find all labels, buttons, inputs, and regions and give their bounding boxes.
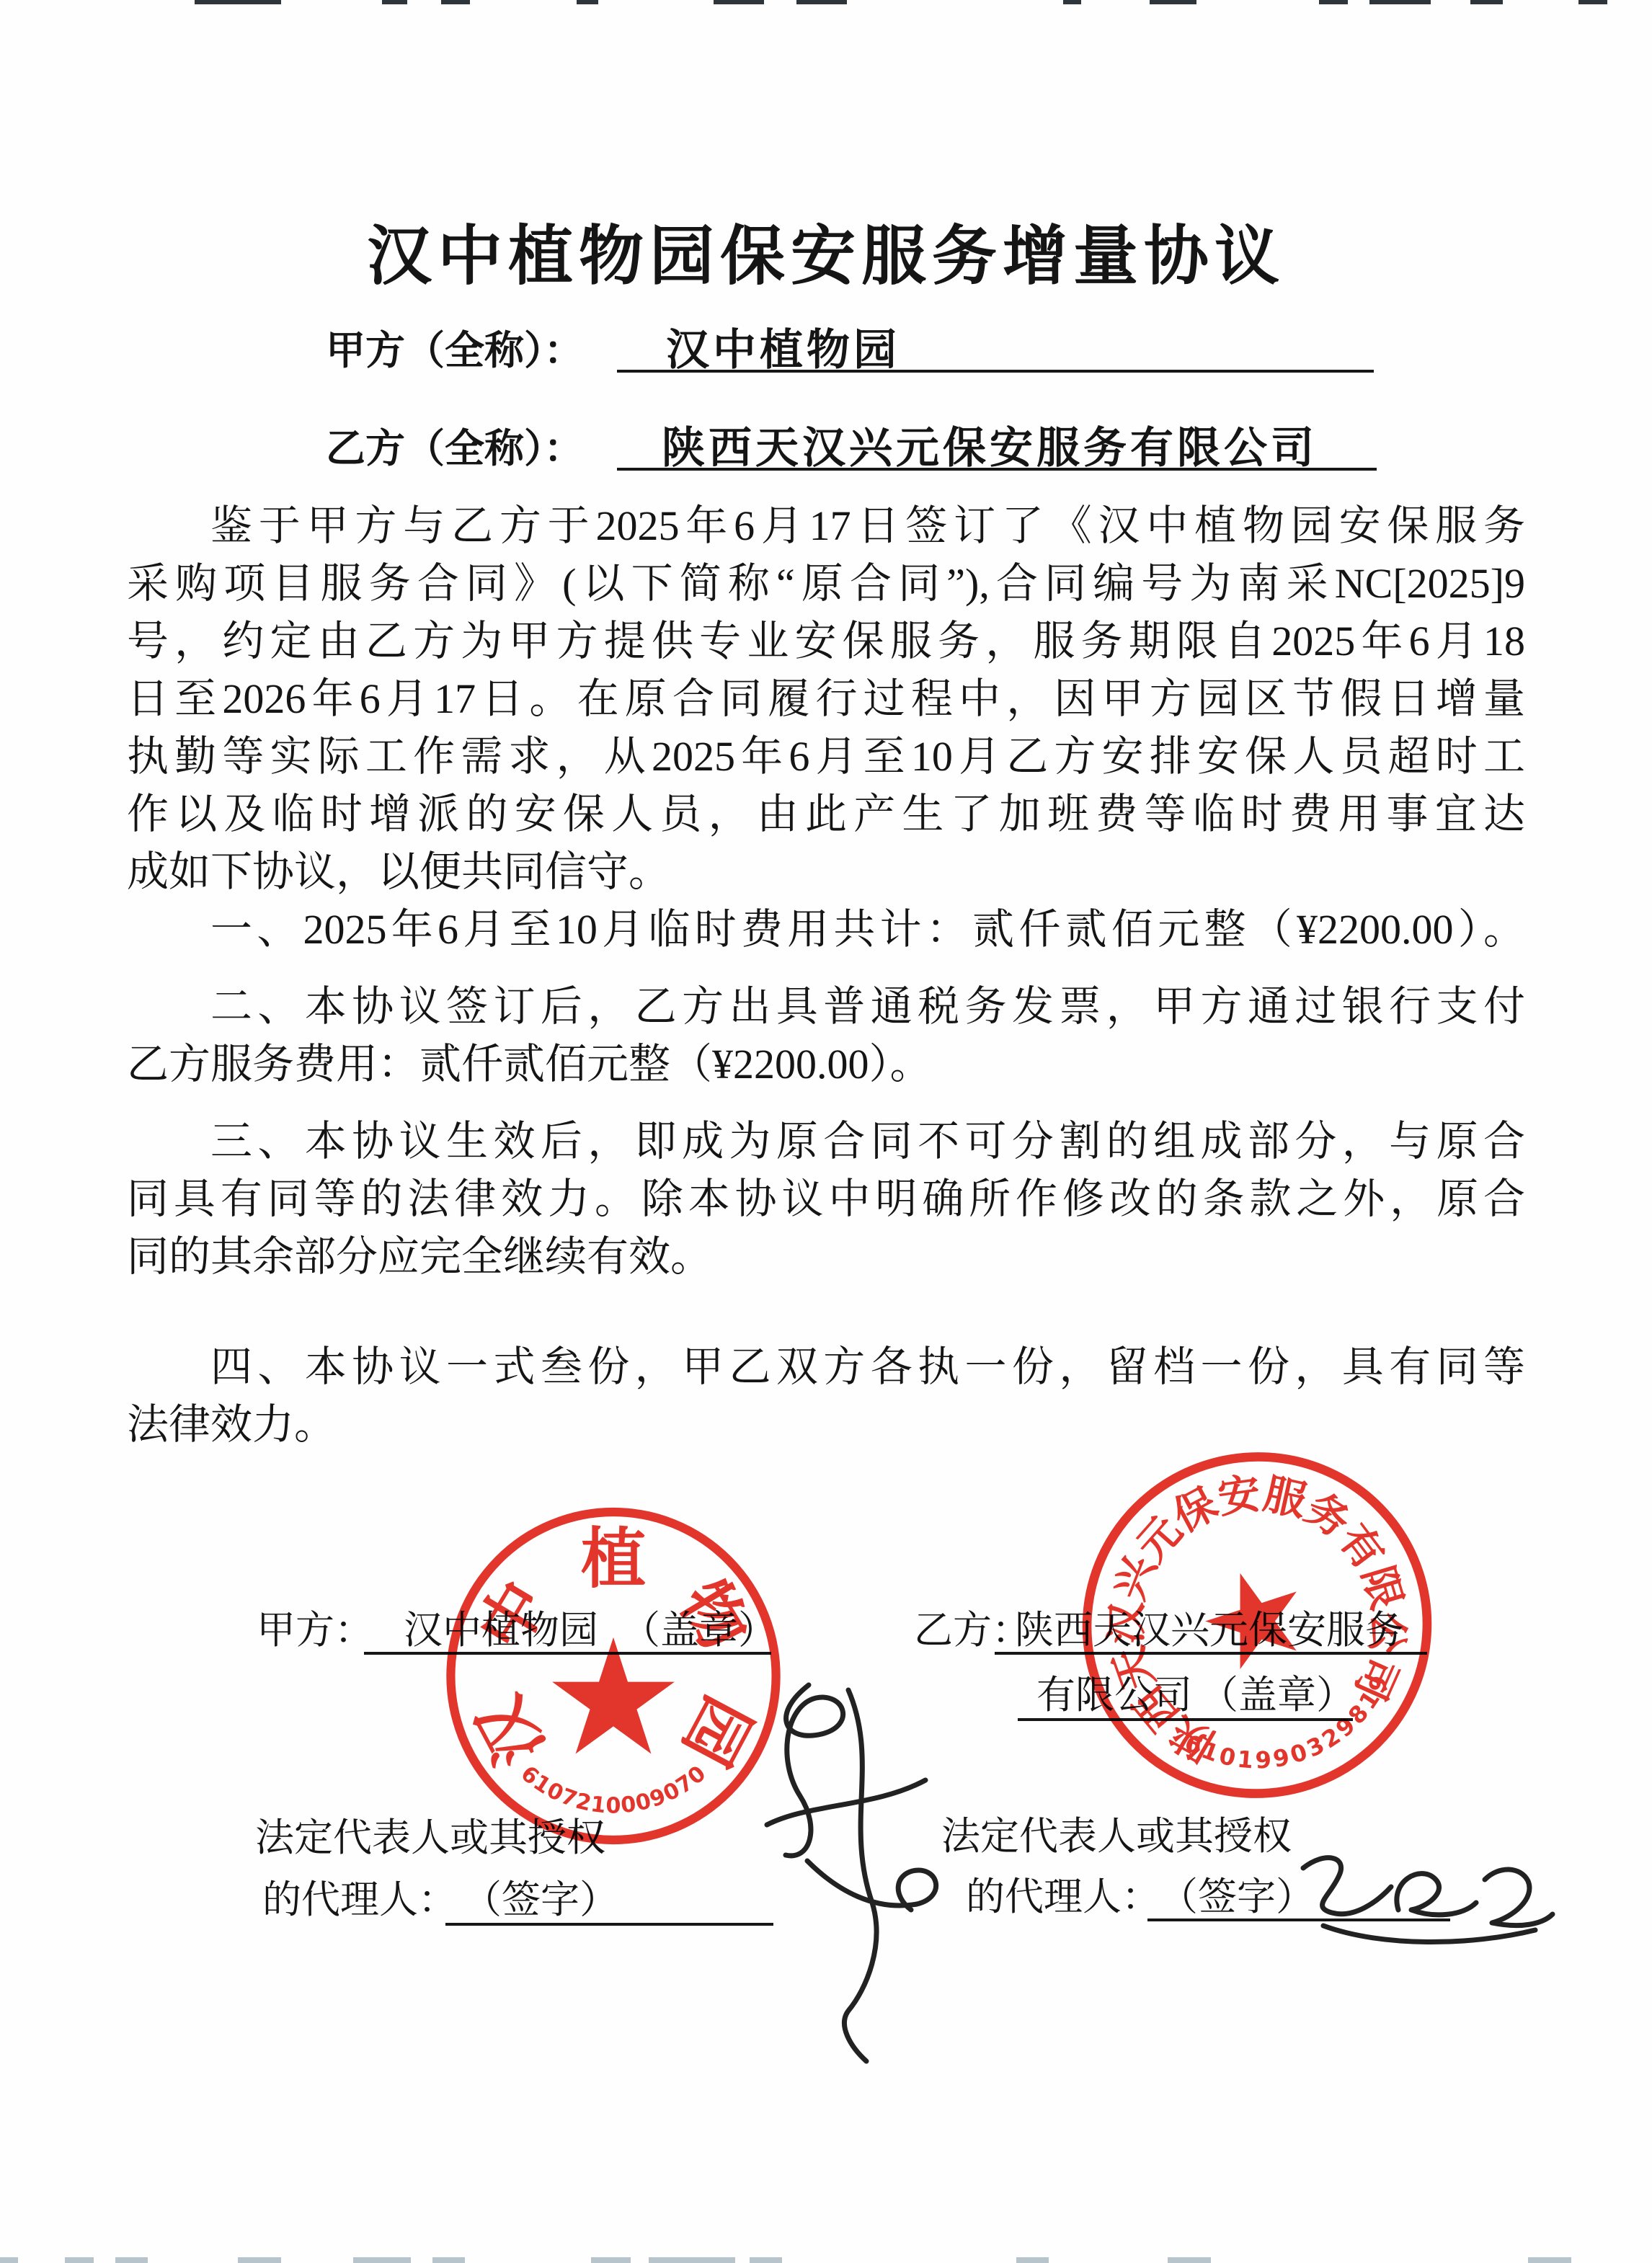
body-line: 二、本协议签订后，乙方出具普通税务发票，甲方通过银行支付 [127,978,1525,1036]
body-line: 乙方服务费用：贰仟贰佰元整（¥2200.00）。 [127,1036,1525,1093]
party-b-official-seal: 陕西天汉兴元保安服务有限公司 6101990329819 [1080,1450,1434,1800]
body-line: 日至2026年6月17日。在原合同履行过程中，因甲方园区节假日增量 [127,670,1525,728]
body-line: 同的其余部分应完全继续有效。 [127,1228,1525,1286]
clause-1: 一、2025年6月至10月临时费用共计：贰仟贰佰元整（¥2200.00）。 [127,901,1525,959]
signing-party-a-label: 甲方： [257,1609,373,1652]
body-line: 采购项目服务合同》(以下简称“原合同”),合同编号为南采NC[2025]9 [127,555,1525,613]
contract-body: 鉴于甲方与乙方于2025年6月17日签订了《汉中植物园安保服务 采购项目服务合同… [127,497,1525,1454]
body-line: 作以及临时增派的安保人员，由此产生了加班费等临时费用事宜达 [127,786,1525,843]
svg-text:公: 公 [1362,1611,1412,1656]
seal-star-icon [552,1637,675,1754]
preamble-paragraph: 鉴于甲方与乙方于2025年6月17日签订了《汉中植物园安保服务 采购项目服务合同… [127,497,1525,901]
party-b-label: 乙方（全称）： [326,417,584,474]
party-a-signature [701,1672,960,2076]
body-line: 同具有同等的法律效力。除本协议中明确所作修改的条款之外，原合 [127,1170,1525,1228]
party-a-label: 甲方（全称）： [326,319,584,375]
body-line: 成如下协议，以便共同信守。 [127,843,1525,901]
body-line: 三、本协议生效后，即成为原合同不可分割的组成部分，与原合 [127,1113,1525,1170]
svg-text:安: 安 [1215,1470,1264,1522]
party-a-underline [617,370,1374,373]
clause-2: 二、本协议签订后，乙方出具普通税务发票，甲方通过银行支付 乙方服务费用：贰仟贰佰… [127,978,1525,1093]
body-line: 法律效力。 [127,1396,1525,1454]
svg-text:1: 1 [1236,1746,1255,1774]
party-b-signature [1282,1838,1563,1957]
legal-rep-b-line2: 的代理人： [966,1875,1160,1919]
contract-document-page: 汉中植物园保安服务增量协议 甲方（全称）： 汉中植物园 乙方（全称）： 陕西天汉… [0,0,1652,2263]
party-a-name: 汉中植物园 [666,316,900,378]
document-title: 汉中植物园保安服务增量协议 [0,203,1652,297]
svg-text:9: 9 [1255,1746,1272,1774]
party-b-name: 陕西天汉兴元保安服务有限公司 [662,414,1318,476]
body-line: 执勤等实际工作需求，从2025年6月至10月乙方安排安保人员超时工 [127,728,1525,786]
scan-artifact-bottom [0,2257,1652,2263]
body-line: 四、本协议一式叁份，甲乙双方各执一份，留档一份，具有同等 [127,1338,1525,1396]
svg-text:0: 0 [606,1793,621,1818]
clause-4: 四、本协议一式叁份，甲乙双方各执一份，留档一份，具有同等 法律效力。 [127,1338,1525,1454]
party-b-underline [617,468,1377,471]
svg-text:汉: 汉 [1103,1601,1150,1645]
legal-rep-b-line1: 法定代表人或其授权 [941,1815,1292,1858]
svg-text:植: 植 [581,1524,646,1596]
seal-number: 6107210009070 [516,1761,711,1819]
scan-artifact-top [0,0,1652,4]
legal-rep-a-line2: 的代理人： [262,1878,457,1921]
legal-rep-a-sign-note: （签字） [463,1878,618,1921]
body-line: 鉴于甲方与乙方于2025年6月17日签订了《汉中植物园安保服务 [127,497,1525,555]
body-line: 号，约定由乙方为甲方提供专业安保服务，服务期限自2025年6月18 [127,613,1525,670]
seal-star-icon [1194,1558,1314,1675]
svg-text:1: 1 [590,1792,608,1818]
clause-3: 三、本协议生效后，即成为原合同不可分割的组成部分，与原合 同具有同等的法律效力。… [127,1113,1525,1286]
signing-party-b-label: 乙方： [914,1609,1031,1652]
body-line: 一、2025年6月至10月临时费用共计：贰仟贰佰元整（¥2200.00）。 [127,901,1525,959]
